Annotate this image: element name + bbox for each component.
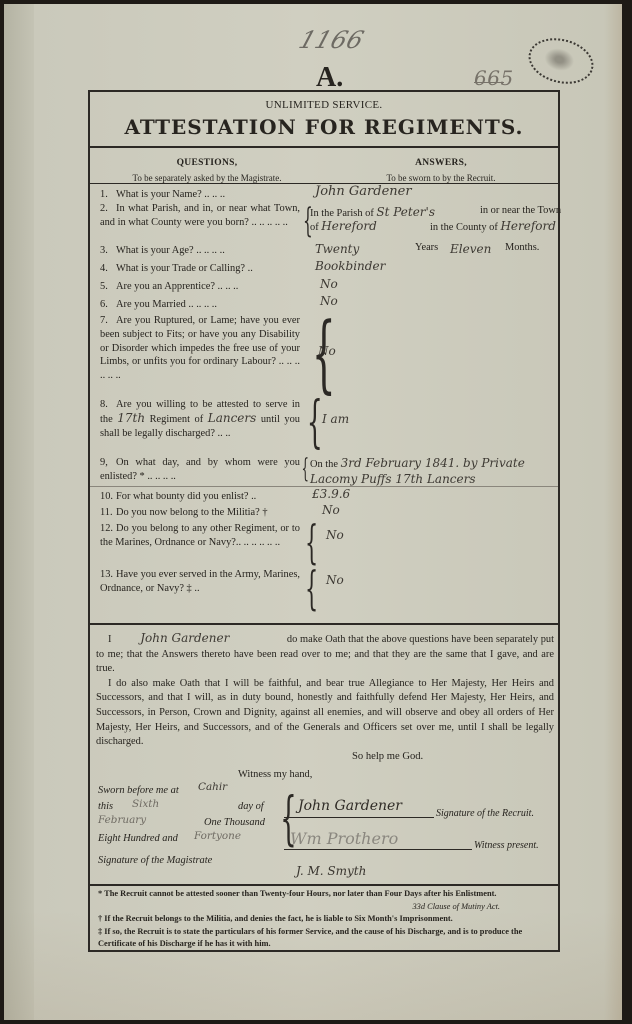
form-header: UNLIMITED SERVICE. ATTESTATION FOR REGIM…: [90, 92, 558, 148]
question-text: For what bounty did you enlist? ..: [116, 491, 256, 502]
answer-12-other-regiment: No: [326, 528, 344, 542]
county-value: Hereford: [500, 219, 556, 233]
sworn-month: February: [98, 814, 146, 826]
age-years: Twenty: [315, 242, 359, 256]
question-7: 7.Are you Ruptured, or Lame; have you ev…: [100, 314, 300, 383]
regiment-number: 17th: [117, 411, 145, 425]
column-headers: QUESTIONS, To be separately asked by the…: [90, 148, 558, 184]
oath-section: I John Gardener do make Oath that the ab…: [96, 631, 554, 750]
footnote-1: * The Recruit cannot be attested sooner …: [98, 888, 550, 901]
footnotes: * The Recruit cannot be attested sooner …: [90, 884, 558, 951]
question-text: What is your Name? .. .. ..: [116, 189, 225, 200]
answers-label: ANSWERS,: [415, 158, 467, 168]
answer-9-enlisted: On the 3rd February 1841. by Private Lac…: [310, 456, 560, 488]
answer-8-willing: I am: [322, 412, 349, 426]
age-months: Eleven: [450, 242, 491, 256]
months-label: Months.: [505, 242, 539, 253]
question-8: 8.Are you willing to be attested to serv…: [100, 398, 300, 440]
question-number: 4.: [100, 262, 116, 276]
answer-1-name: John Gardener: [315, 184, 412, 199]
brace-icon: {: [305, 522, 318, 563]
question-number: 11.: [100, 506, 116, 520]
brace-icon: {: [307, 398, 323, 448]
oath-i: I: [108, 634, 111, 645]
answer-7-disability: No: [318, 344, 336, 358]
questions-answers-section: 1.What is your Name? .. .. .. John Garde…: [90, 184, 558, 629]
magistrate-signature: J. M. Smyth: [296, 864, 366, 878]
answer-5-apprentice: No: [320, 277, 338, 291]
question-text: Regiment of: [150, 414, 204, 425]
question-number: 1.: [100, 188, 116, 202]
oval-stamp-icon: [524, 32, 599, 91]
question-number: 13.: [100, 568, 116, 582]
county-group: in the County of Hereford: [430, 219, 556, 233]
answer-11-militia: No: [322, 503, 340, 517]
question-text: Do you belong to any other Regiment, or …: [100, 523, 300, 548]
regiment-name: Lancers: [208, 411, 257, 425]
recruit-signature: John Gardener: [298, 798, 402, 814]
questions-column-header: QUESTIONS, To be separately asked by the…: [90, 148, 324, 183]
answers-column-header: ANSWERS, To be sworn to by the Recruit.: [324, 148, 558, 183]
recruit-signature-label: Signature of the Recruit.: [436, 808, 534, 819]
county-label: in the County of: [430, 222, 498, 233]
question-12: 12.Do you belong to any other Regiment, …: [100, 522, 300, 550]
question-1: 1.What is your Name? .. .. ..: [100, 188, 300, 202]
question-text: Are you Married .. .. .. ..: [116, 299, 217, 310]
reference-number: 665: [474, 66, 514, 90]
brace-icon: {: [302, 456, 309, 482]
magistrate-label: Signature of the Magistrate: [98, 855, 212, 866]
question-13: 13.Have you ever served in the Army, Mar…: [100, 568, 300, 596]
answer-4-trade: Bookbinder: [315, 259, 385, 273]
eight-hundred-label: Eight Hundred and: [98, 833, 178, 844]
recruit-signature-line: [284, 817, 434, 818]
parish-label: In the Parish of: [310, 208, 374, 219]
sworn-day: Sixth: [132, 798, 159, 810]
question-number: 5.: [100, 280, 116, 294]
on-the-label: On the: [310, 459, 338, 470]
witness-present-label: Witness present.: [474, 840, 539, 851]
answer-3-age: Twenty Years Eleven Months.: [315, 242, 560, 256]
oath-paragraph-2: I do also make Oath that I will be faith…: [96, 677, 554, 750]
answer-13-served: No: [326, 573, 344, 587]
one-thousand-label: One Thousand: [204, 817, 265, 828]
question-text: Are you Ruptured, or Lame; have you ever…: [100, 315, 300, 381]
document-page: 1166 A. 665 UNLIMITED SERVICE. ATTESTATI…: [4, 4, 622, 1020]
footnote-3: ‡ If so, the Recruit is to state the par…: [98, 926, 550, 951]
town-label: in or near the Town: [480, 205, 561, 216]
sworn-place: Cahir: [198, 781, 227, 793]
questions-note: To be separately asked by the Magistrate…: [132, 173, 281, 183]
question-number: 12.: [100, 522, 116, 536]
footnote-2: † If the Recruit belongs to the Militia,…: [98, 913, 550, 926]
this-label: this: [98, 801, 113, 812]
question-text: Have you ever served in the Army, Marine…: [100, 569, 300, 594]
question-2: 2.In what Parish, and in, or near what T…: [100, 202, 300, 230]
form-subtitle: UNLIMITED SERVICE.: [90, 92, 558, 111]
answer-2-town-county: of Hereford in the County of Hereford: [310, 219, 560, 233]
question-text: What is your Age? .. .. .. ..: [116, 245, 225, 256]
question-11: 11.Do you now belong to the Militia? †: [100, 506, 300, 520]
sworn-before-label: Sworn before me at: [98, 785, 179, 796]
question-text: Do you now belong to the Militia? †: [116, 507, 268, 518]
form-title: ATTESTATION FOR REGIMENTS.: [90, 115, 558, 139]
page-spine-shadow: [4, 4, 34, 1020]
question-6: 6.Are you Married .. .. .. ..: [100, 298, 300, 312]
question-number: 2.: [100, 202, 116, 216]
brace-icon: {: [305, 568, 318, 609]
question-number: 10.: [100, 490, 116, 504]
question-4: 4.What is your Trade or Calling? ..: [100, 262, 300, 276]
question-number: 7.: [100, 314, 116, 328]
question-text: Are you an Apprentice? .. .. ..: [116, 281, 238, 292]
so-help-me-god: So help me God.: [352, 751, 423, 762]
question-number: 9,: [100, 456, 116, 470]
enlistment-value: 3rd February 1841. by Private Lacomy Puf…: [310, 456, 525, 486]
parish-value: St Peter's: [376, 205, 435, 219]
question-text: On what day, and by whom were you enlist…: [100, 457, 300, 482]
question-5: 5.Are you an Apprentice? .. .. ..: [100, 280, 300, 294]
question-number: 6.: [100, 298, 116, 312]
question-number: 3.: [100, 244, 116, 258]
witness-my-hand: Witness my hand,: [238, 769, 312, 780]
witness-signature-line: [284, 849, 472, 850]
oath-recruit-name: John Gardener: [114, 631, 284, 646]
answer-10-bounty: £3.9.6: [312, 487, 350, 501]
answers-note: To be sworn to by the Recruit.: [386, 173, 495, 183]
town-value: Hereford: [321, 219, 377, 233]
footnote-1-source: 33d Clause of Mutiny Act.: [98, 901, 550, 914]
section-divider: [90, 623, 558, 625]
question-text: In what Parish, and in, or near what Tow…: [100, 203, 300, 228]
day-of-label: day of: [238, 801, 264, 812]
years-label: Years: [415, 242, 438, 253]
question-3: 3.What is your Age? .. .. .. ..: [100, 244, 300, 258]
question-10: 10.For what bounty did you enlist? ..: [100, 490, 300, 504]
question-9: 9,On what day, and by whom were you enli…: [100, 456, 300, 484]
of-label: of: [310, 222, 319, 233]
question-text: What is your Trade or Calling? ..: [116, 263, 253, 274]
witness-signature: Wm Prothero: [290, 829, 398, 848]
answer-2-birthplace: In the Parish of St Peter's in or near t…: [310, 205, 560, 219]
questions-label: QUESTIONS,: [177, 158, 238, 168]
sworn-year: Fortyone: [194, 830, 241, 842]
attestation-form: UNLIMITED SERVICE. ATTESTATION FOR REGIM…: [88, 90, 560, 952]
folio-number: 1166: [295, 26, 367, 54]
